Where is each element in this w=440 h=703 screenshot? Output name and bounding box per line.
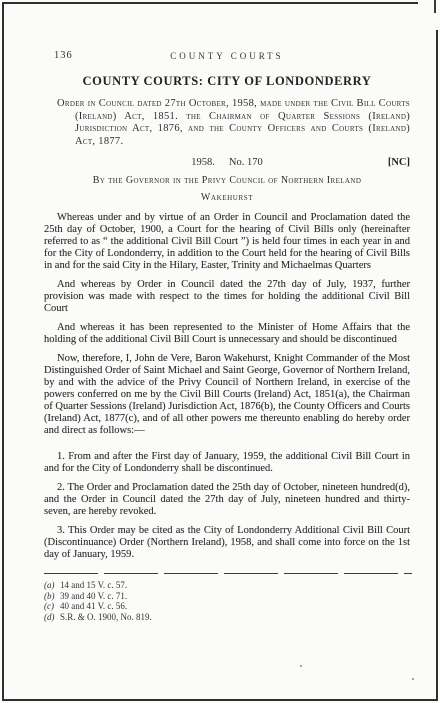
footnote-text: 39 and 40 V. c. 71. xyxy=(60,591,127,601)
enacting-paragraph: Now, therefore, I, John de Vere, Baron W… xyxy=(44,353,410,437)
scan-speck xyxy=(412,678,414,680)
footnote-text: 14 and 15 V. c. 57. xyxy=(60,580,127,590)
footnote-text: 40 and 41 V. c. 56. xyxy=(60,601,127,611)
scan-frame-left xyxy=(2,2,4,701)
footnote-label: (c) xyxy=(44,601,60,612)
footnote: (c)40 and 41 V. c. 56. xyxy=(44,601,410,612)
footnote-label: (d) xyxy=(44,612,60,623)
recital-paragraph: And whereas it has been represented to t… xyxy=(44,322,410,346)
footnote-text: S.R. & O. 1900, No. 819. xyxy=(60,612,152,622)
footnote: (d)S.R. & O. 1900, No. 819. xyxy=(44,612,410,623)
order-caption: Order in Council dated 27th October, 195… xyxy=(57,98,410,148)
session-year: 1958. xyxy=(191,157,215,168)
scan-frame-top xyxy=(2,2,418,4)
footnote: (b)39 and 40 V. c. 71. xyxy=(44,591,410,602)
running-head: COUNTY COURTS xyxy=(44,51,410,61)
authority-line: By the Governor in the Privy Council of … xyxy=(44,175,410,186)
footnote-separator xyxy=(44,573,412,574)
recital-paragraph: And whereas by Order in Council dated th… xyxy=(44,279,410,315)
session-number: No. 170 xyxy=(229,157,263,168)
scanned-document-page: 136 COUNTY COURTS COUNTY COURTS: CITY OF… xyxy=(0,0,440,703)
footnote-label: (a) xyxy=(44,580,60,591)
scan-speck xyxy=(300,665,302,667)
recital-paragraph: Whereas under and by virtue of an Order … xyxy=(44,212,410,272)
scan-corner-mark xyxy=(434,0,436,13)
footnote: (a)14 and 15 V. c. 57. xyxy=(44,580,410,591)
scan-frame-bottom xyxy=(2,699,438,701)
scan-frame-right xyxy=(436,30,438,701)
session-line: 1958.No. 170 [NC] xyxy=(44,157,410,168)
page-header: 136 COUNTY COURTS xyxy=(44,50,410,63)
document-title: COUNTY COURTS: CITY OF LONDONDERRY xyxy=(44,74,410,89)
order-item-3: 3. This Order may be cited as the City o… xyxy=(44,525,410,561)
page-content: 136 COUNTY COURTS COUNTY COURTS: CITY OF… xyxy=(44,50,410,622)
classification-badge: [NC] xyxy=(388,157,410,168)
signatory-name: Wakehurst xyxy=(44,192,410,203)
footnote-label: (b) xyxy=(44,591,60,602)
order-item-1: 1. From and after the First day of Janua… xyxy=(44,451,410,475)
order-item-2: 2. The Order and Proclamation dated the … xyxy=(44,482,410,518)
footnotes-block: (a)14 and 15 V. c. 57. (b)39 and 40 V. c… xyxy=(44,580,410,622)
